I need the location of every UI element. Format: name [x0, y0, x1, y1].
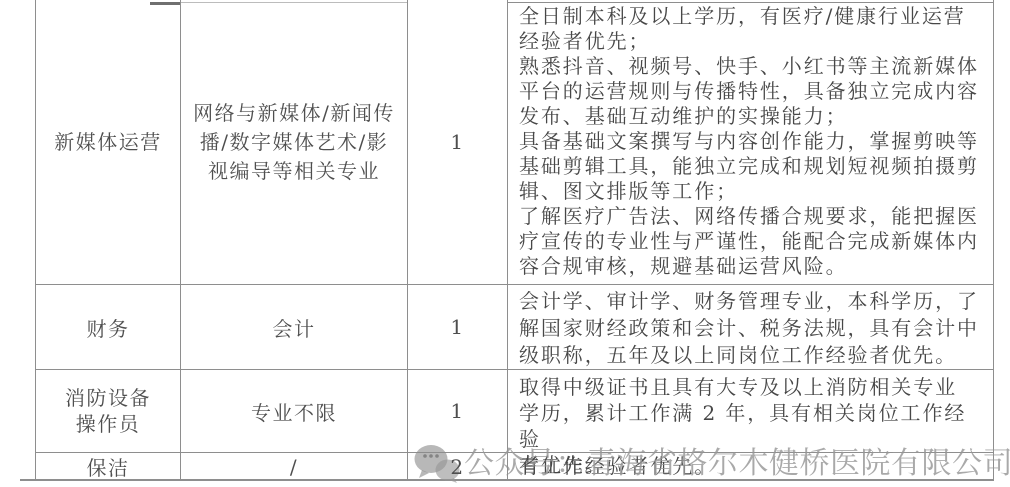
count-value: 1: [450, 130, 464, 154]
cell-count-row2: 1: [408, 285, 508, 370]
cell-requirements-row2: 会计学、审计学、财务管理专业，本科学历，了 解国家财经政策和会计、税务法规，具有…: [508, 285, 994, 370]
cell-position-row4: 保洁: [35, 453, 181, 480]
major-label: 专业不限: [251, 397, 337, 426]
cell-position-row1: 新媒体运营: [35, 0, 181, 285]
position-label: 新媒体运营: [54, 128, 162, 157]
cell-count-row1: 1: [408, 0, 508, 285]
position-label: 财务: [87, 313, 130, 342]
cell-requirements-row4: 有工作经验者优先。: [508, 453, 994, 480]
cell-count-row3: 1: [408, 370, 508, 453]
scanned-table-page: 新媒体运营 网络与新媒体/新闻传 播/数字媒体艺术/影 视编导等相关专业 1 全…: [0, 0, 1010, 487]
cell-position-row2: 财务: [35, 285, 181, 370]
cell-major-row4: /: [181, 453, 408, 480]
cell-position-row3: 消防设备 操作员: [35, 370, 181, 453]
cell-major-row2: 会计: [181, 285, 408, 370]
cell-major-row1: 网络与新媒体/新闻传 播/数字媒体艺术/影 视编导等相关专业: [181, 0, 408, 285]
count-value: 1: [450, 399, 464, 423]
major-label: 会计: [273, 313, 316, 342]
cell-requirements-row1: 全日制本科及以上学历，有医疗/健康行业运营 经验者优先； 熟悉抖音、视频号、快手…: [508, 0, 994, 285]
count-value: 2: [450, 455, 464, 479]
major-label: /: [290, 455, 298, 479]
cell-requirements-row3: 取得中级证书且具有大专及以上消防相关专业 学历，累计工作满 2 年，具有相关岗位…: [508, 370, 994, 453]
major-label: 网络与新媒体/新闻传 播/数字媒体艺术/影 视编导等相关专业: [193, 99, 395, 186]
count-value: 1: [450, 315, 464, 339]
position-label: 消防设备 操作员: [65, 385, 151, 437]
cell-count-row4: 2: [408, 453, 508, 480]
cell-major-row3: 专业不限: [181, 370, 408, 453]
position-label: 保洁: [87, 452, 130, 481]
